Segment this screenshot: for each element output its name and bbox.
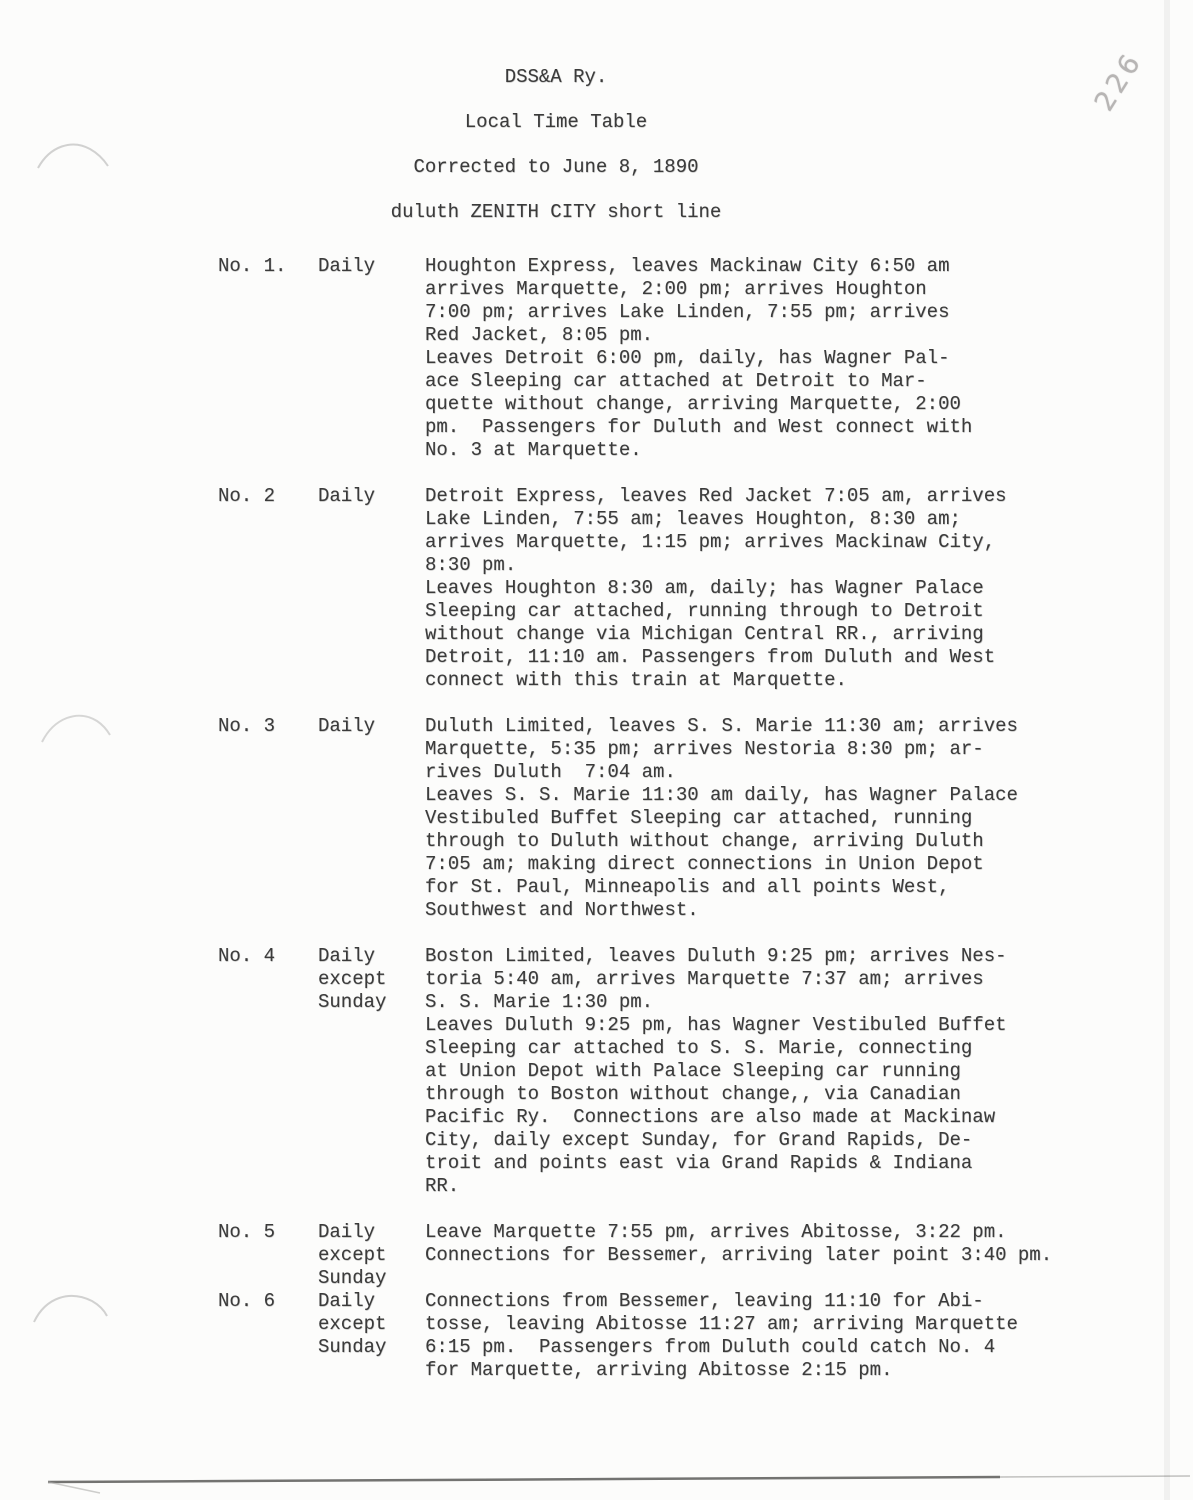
description-line: pm. Passengers for Duluth and West conne… bbox=[425, 416, 1193, 439]
timetable-entries: No. 1. Daily Houghton Express, leaves Ma… bbox=[218, 255, 1193, 1405]
correction-date: Corrected to June 8, 1890 bbox=[0, 156, 1112, 179]
description-line: Vestibuled Buffet Sleeping car attached,… bbox=[425, 807, 1193, 830]
description-line: Pacific Ry. Connections are also made at… bbox=[425, 1106, 1193, 1129]
description-line: 6:15 pm. Passengers from Duluth could ca… bbox=[425, 1336, 1193, 1359]
description-line: ace Sleeping car attached at Detroit to … bbox=[425, 370, 1193, 393]
description-line: Detroit, 11:10 am. Passengers from Dulut… bbox=[425, 646, 1193, 669]
entry-frequency: Daily bbox=[318, 715, 425, 738]
description-line: arrives Marquette, 2:00 pm; arrives Houg… bbox=[425, 278, 1193, 301]
description-line: 8:30 pm. bbox=[425, 554, 1193, 577]
description-line: through to Duluth without change, arrivi… bbox=[425, 830, 1193, 853]
description-line: Red Jacket, 8:05 pm. bbox=[425, 324, 1193, 347]
pencil-mark bbox=[42, 716, 110, 742]
description-line: Leaves Duluth 9:25 pm, has Wagner Vestib… bbox=[425, 1014, 1193, 1037]
description-line: Marquette, 5:35 pm; arrives Nestoria 8:3… bbox=[425, 738, 1193, 761]
description-line: rives Duluth 7:04 am. bbox=[425, 761, 1193, 784]
entry-description: Houghton Express, leaves Mackinaw City 6… bbox=[425, 255, 1193, 462]
description-line: for Marquette, arriving Abitosse 2:15 pm… bbox=[425, 1359, 1193, 1382]
description-line: for St. Paul, Minneapolis and all points… bbox=[425, 876, 1193, 899]
frequency-line: Daily bbox=[318, 255, 425, 278]
timetable-entry: No. 5 DailyexceptSunday Leave Marquette … bbox=[218, 1221, 1193, 1290]
scan-edge-bottom bbox=[48, 1477, 1000, 1482]
description-line: Boston Limited, leaves Duluth 9:25 pm; a… bbox=[425, 945, 1193, 968]
description-line: Lake Linden, 7:55 am; leaves Houghton, 8… bbox=[425, 508, 1193, 531]
description-line: without change via Michigan Central RR.,… bbox=[425, 623, 1193, 646]
description-line: S. S. Marie 1:30 pm. bbox=[425, 991, 1193, 1014]
entry-number: No. 5 bbox=[218, 1221, 318, 1244]
description-line: arrives Marquette, 1:15 pm; arrives Mack… bbox=[425, 531, 1193, 554]
description-line: connect with this train at Marquette. bbox=[425, 669, 1193, 692]
description-line: tosse, leaving Abitosse 11:27 am; arrivi… bbox=[425, 1313, 1193, 1336]
timetable-entry: No. 1. Daily Houghton Express, leaves Ma… bbox=[218, 255, 1193, 462]
document-header: DSS&A Ry. Local Time Table Corrected to … bbox=[0, 66, 1112, 246]
frequency-line: Daily bbox=[318, 485, 425, 508]
document-page: 226 DSS&A Ry. Local Time Table Corrected… bbox=[0, 0, 1193, 1500]
entry-description: Detroit Express, leaves Red Jacket 7:05 … bbox=[425, 485, 1193, 692]
description-line: troit and points east via Grand Rapids &… bbox=[425, 1152, 1193, 1175]
description-line: at Union Depot with Palace Sleeping car … bbox=[425, 1060, 1193, 1083]
frequency-line: except bbox=[318, 1313, 425, 1336]
entry-frequency: DailyexceptSunday bbox=[318, 1221, 425, 1290]
frequency-line: Sunday bbox=[318, 1336, 425, 1359]
description-line: Sleeping car attached to S. S. Marie, co… bbox=[425, 1037, 1193, 1060]
description-line: Duluth Limited, leaves S. S. Marie 11:30… bbox=[425, 715, 1193, 738]
frequency-line: Daily bbox=[318, 945, 425, 968]
entry-number: No. 3 bbox=[218, 715, 318, 738]
description-line: toria 5:40 am, arrives Marquette 7:37 am… bbox=[425, 968, 1193, 991]
timetable-entry: No. 3 Daily Duluth Limited, leaves S. S.… bbox=[218, 715, 1193, 922]
description-line: City, daily except Sunday, for Grand Rap… bbox=[425, 1129, 1193, 1152]
entry-number: No. 1. bbox=[218, 255, 318, 278]
description-line: through to Boston without change,, via C… bbox=[425, 1083, 1193, 1106]
entry-description: Connections from Bessemer, leaving 11:10… bbox=[425, 1290, 1193, 1382]
frequency-line: except bbox=[318, 1244, 425, 1267]
timetable-entry: No. 6 DailyexceptSunday Connections from… bbox=[218, 1290, 1193, 1382]
railway-name: DSS&A Ry. bbox=[0, 66, 1112, 89]
description-line: Detroit Express, leaves Red Jacket 7:05 … bbox=[425, 485, 1193, 508]
entry-description: Duluth Limited, leaves S. S. Marie 11:30… bbox=[425, 715, 1193, 922]
entry-description: Leave Marquette 7:55 pm, arrives Abitoss… bbox=[425, 1221, 1193, 1267]
entry-description: Boston Limited, leaves Duluth 9:25 pm; a… bbox=[425, 945, 1193, 1198]
description-line: Connections for Bessemer, arriving later… bbox=[425, 1244, 1193, 1267]
entry-number: No. 6 bbox=[218, 1290, 318, 1313]
description-line: Connections from Bessemer, leaving 11:10… bbox=[425, 1290, 1193, 1313]
line-subtitle: duluth ZENITH CITY short line bbox=[0, 201, 1112, 224]
timetable-entry: No. 2 Daily Detroit Express, leaves Red … bbox=[218, 485, 1193, 692]
entry-number: No. 2 bbox=[218, 485, 318, 508]
description-line: Houghton Express, leaves Mackinaw City 6… bbox=[425, 255, 1193, 278]
frequency-line: except bbox=[318, 968, 425, 991]
description-line: Leave Marquette 7:55 pm, arrives Abitoss… bbox=[425, 1221, 1193, 1244]
frequency-line: Sunday bbox=[318, 1267, 425, 1290]
document-title: Local Time Table bbox=[0, 111, 1112, 134]
description-line: 7:00 pm; arrives Lake Linden, 7:55 pm; a… bbox=[425, 301, 1193, 324]
description-line: RR. bbox=[425, 1175, 1193, 1198]
description-line: quette without change, arriving Marquett… bbox=[425, 393, 1193, 416]
description-line: Sleeping car attached, running through t… bbox=[425, 600, 1193, 623]
frequency-line: Daily bbox=[318, 1221, 425, 1244]
description-line: 7:05 am; making direct connections in Un… bbox=[425, 853, 1193, 876]
entry-frequency: DailyexceptSunday bbox=[318, 945, 425, 1014]
scan-edge-corner bbox=[48, 1482, 100, 1493]
scan-edge-bottom-faint bbox=[1000, 1476, 1190, 1477]
frequency-line: Sunday bbox=[318, 991, 425, 1014]
timetable-entry: No. 4 DailyexceptSunday Boston Limited, … bbox=[218, 945, 1193, 1198]
pencil-mark bbox=[34, 1296, 107, 1322]
description-line: No. 3 at Marquette. bbox=[425, 439, 1193, 462]
description-line: Leaves Detroit 6:00 pm, daily, has Wagne… bbox=[425, 347, 1193, 370]
entry-frequency: Daily bbox=[318, 485, 425, 508]
entry-frequency: Daily bbox=[318, 255, 425, 278]
frequency-line: Daily bbox=[318, 715, 425, 738]
frequency-line: Daily bbox=[318, 1290, 425, 1313]
entry-frequency: DailyexceptSunday bbox=[318, 1290, 425, 1359]
description-line: Leaves S. S. Marie 11:30 am daily, has W… bbox=[425, 784, 1193, 807]
description-line: Leaves Houghton 8:30 am, daily; has Wagn… bbox=[425, 577, 1193, 600]
entry-number: No. 4 bbox=[218, 945, 318, 968]
description-line: Southwest and Northwest. bbox=[425, 899, 1193, 922]
